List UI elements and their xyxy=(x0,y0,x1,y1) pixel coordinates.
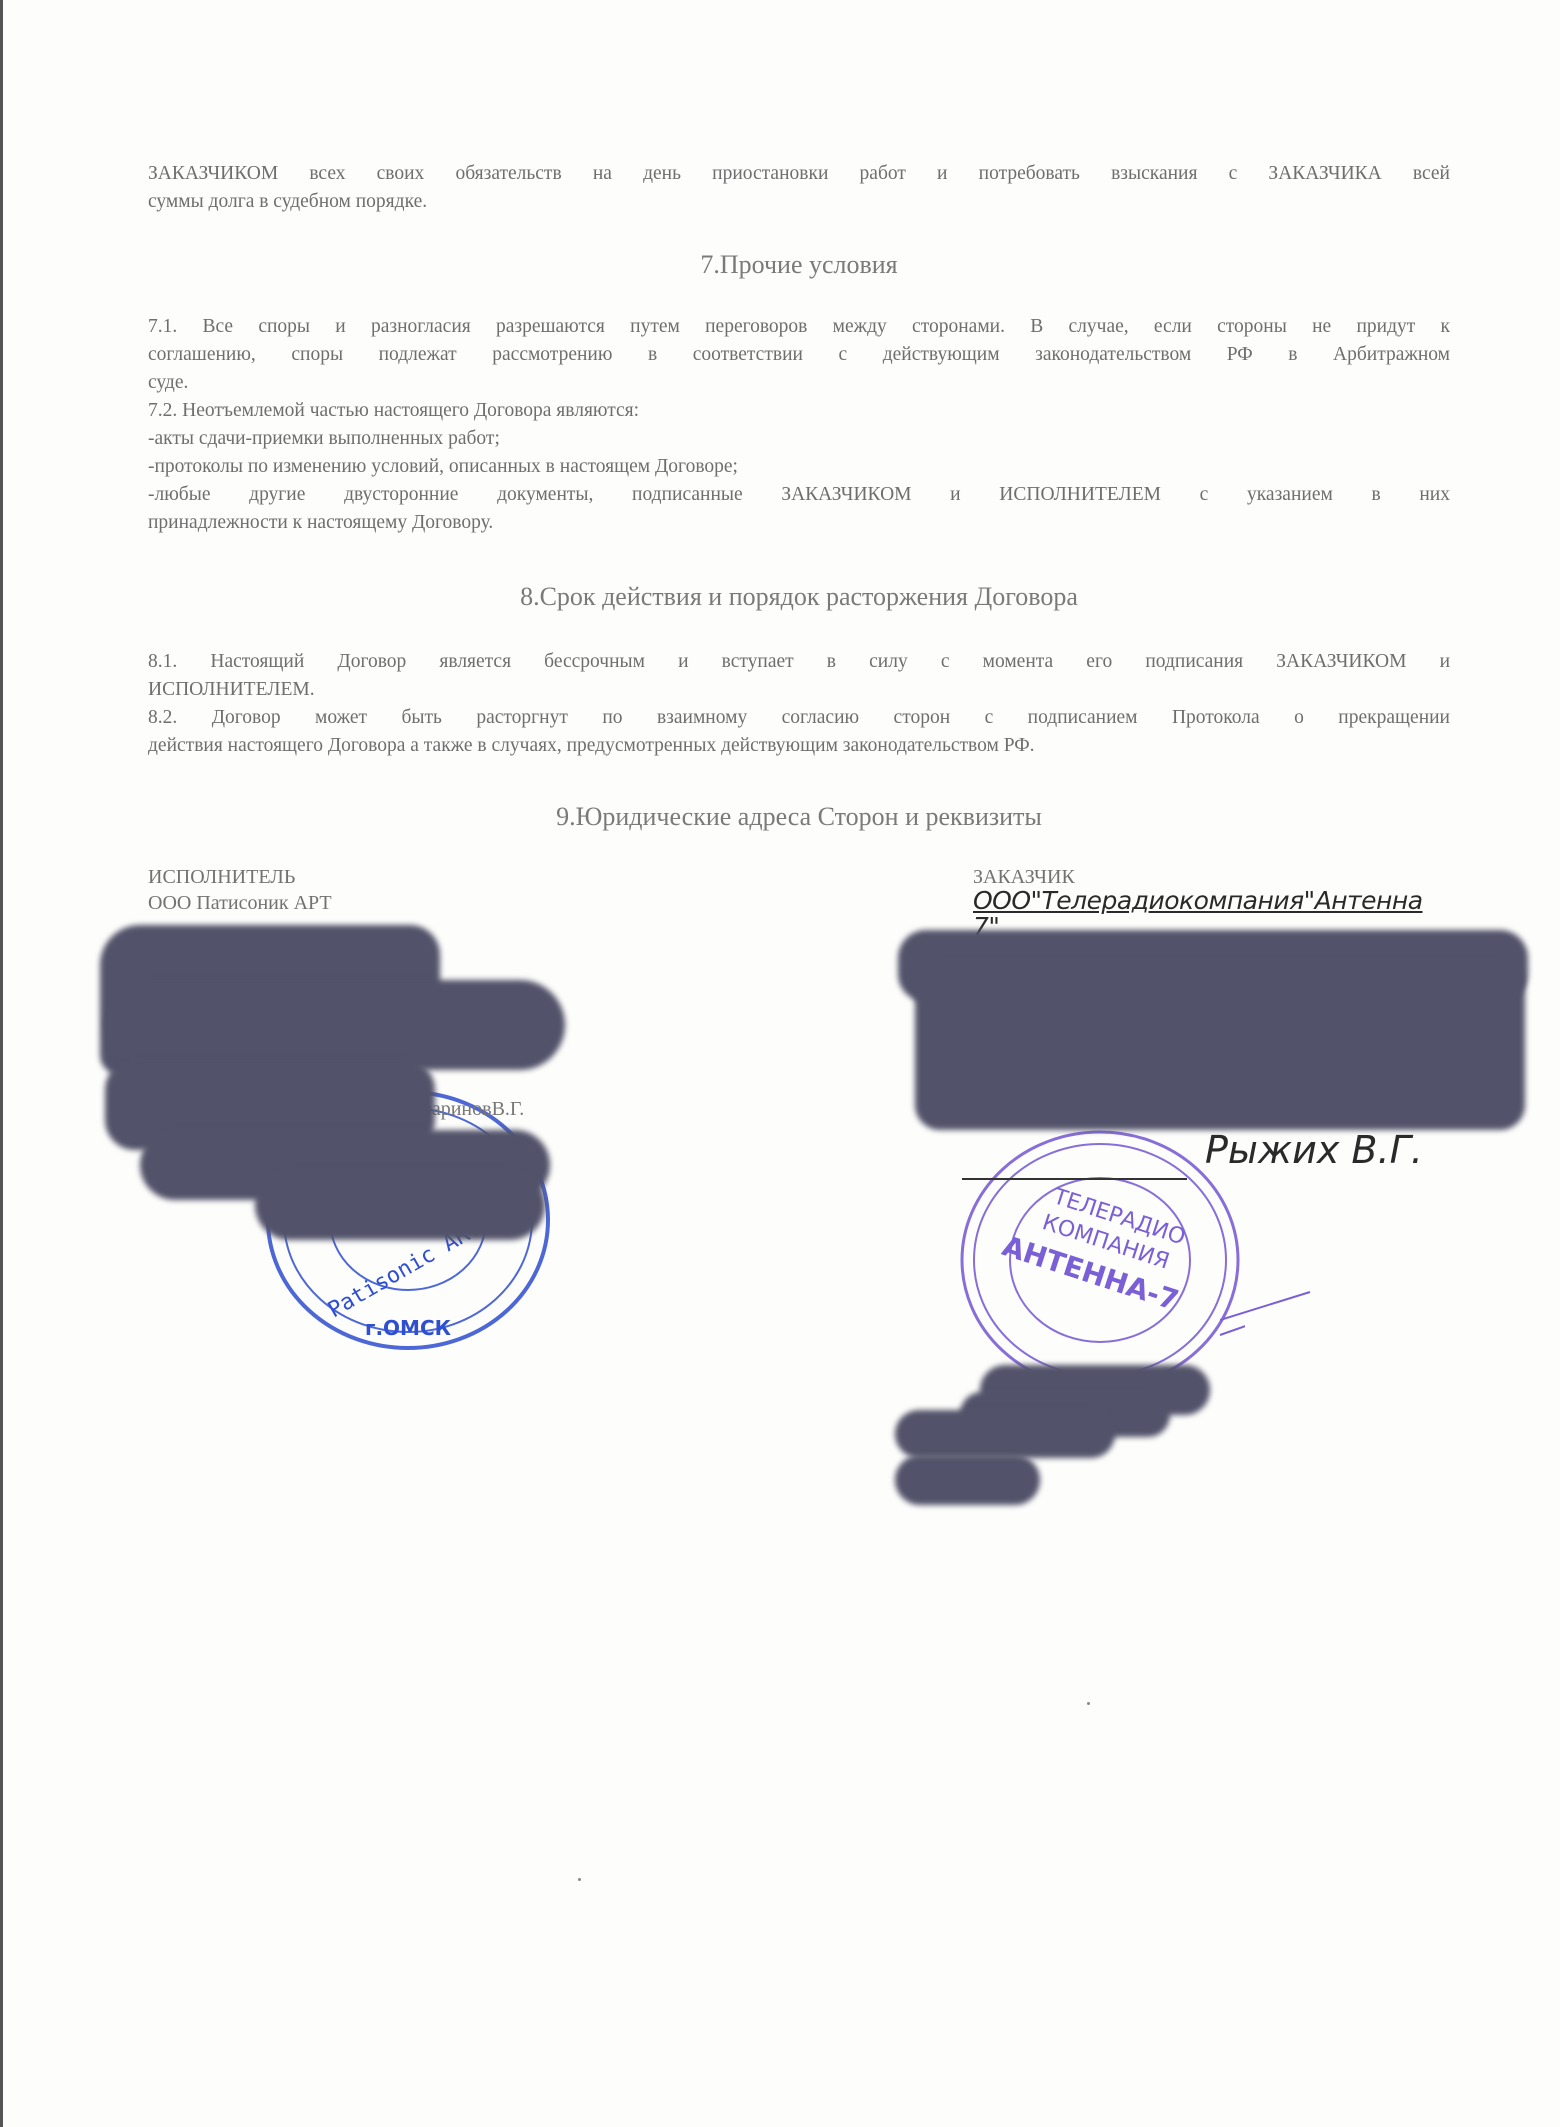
customer-signature-line xyxy=(962,1178,1187,1180)
clause-7-1: 7.1. Все споры и разногласия разрешаются… xyxy=(148,313,1450,537)
section-9-title: 9.Юридические адреса Сторон и реквизиты xyxy=(148,802,1450,832)
continuation-line-1: ЗАКАЗЧИКОМ всех своих обязательств на де… xyxy=(148,160,1450,188)
list-item: -протоколы по изменению условий, описанн… xyxy=(148,453,1450,481)
clause-8-1-line-1: 8.1. Настоящий Договор является бессрочн… xyxy=(148,648,1450,676)
clause-8-1-line-2: ИСПОЛНИТЕЛЕМ. xyxy=(148,676,1450,704)
executor-name: ООО Патисоник АРТ xyxy=(148,890,332,916)
clause-7-1-line-3: суде. xyxy=(148,369,1450,397)
redaction xyxy=(105,980,565,1070)
redaction xyxy=(895,1410,1115,1458)
scan-left-edge xyxy=(0,0,3,2127)
section-7-title: 7.Прочие условия xyxy=(148,250,1450,280)
clause-8: 8.1. Настоящий Договор является бессрочн… xyxy=(148,648,1450,760)
redaction xyxy=(915,960,1525,1130)
continuation-paragraph: ЗАКАЗЧИКОМ всех своих обязательств на де… xyxy=(148,160,1450,216)
signature-stroke xyxy=(1220,1290,1320,1330)
clause-7-1-line-1: 7.1. Все споры и разногласия разрешаются… xyxy=(148,313,1450,341)
list-item: -любые другие двусторонние документы, по… xyxy=(148,481,1450,509)
redaction xyxy=(895,1455,1040,1505)
customer-stamp: ТЕЛЕРАДИО КОМПАНИЯ АНТЕННА-7 xyxy=(955,1120,1245,1390)
executor-role: ИСПОЛНИТЕЛЬ xyxy=(148,864,332,890)
clause-8-2-line-1: 8.2. Договор может быть расторгнут по вз… xyxy=(148,704,1450,732)
list-item-continuation: принадлежности к настоящему Договору. xyxy=(148,509,1450,537)
scan-speck xyxy=(578,1878,581,1881)
section-8-title: 8.Срок действия и порядок расторжения До… xyxy=(148,582,1450,612)
customer-block: ЗАКАЗЧИК ООО"Телерадиокомпания"Антенна 7… xyxy=(973,864,1450,940)
clause-8-2-line-2: действия настоящего Договора а также в с… xyxy=(148,732,1450,760)
clause-7-1-line-2: соглашению, споры подлежат рассмотрению … xyxy=(148,341,1450,369)
executor-block: ИСПОЛНИТЕЛЬ ООО Патисоник АРТ xyxy=(148,864,332,916)
continuation-line-2: суммы долга в судебном порядке. xyxy=(148,188,1450,216)
redaction xyxy=(255,1170,545,1240)
customer-signatory-handwritten: Рыжих В.Г. xyxy=(1205,1128,1423,1172)
executor-stamp-city: г.ОМСК xyxy=(365,1316,452,1340)
list-item: -акты сдачи-приемки выполненных работ; xyxy=(148,425,1450,453)
clause-7-2: 7.2. Неотъемлемой частью настоящего Дого… xyxy=(148,397,1450,425)
scan-speck xyxy=(1087,1702,1090,1705)
